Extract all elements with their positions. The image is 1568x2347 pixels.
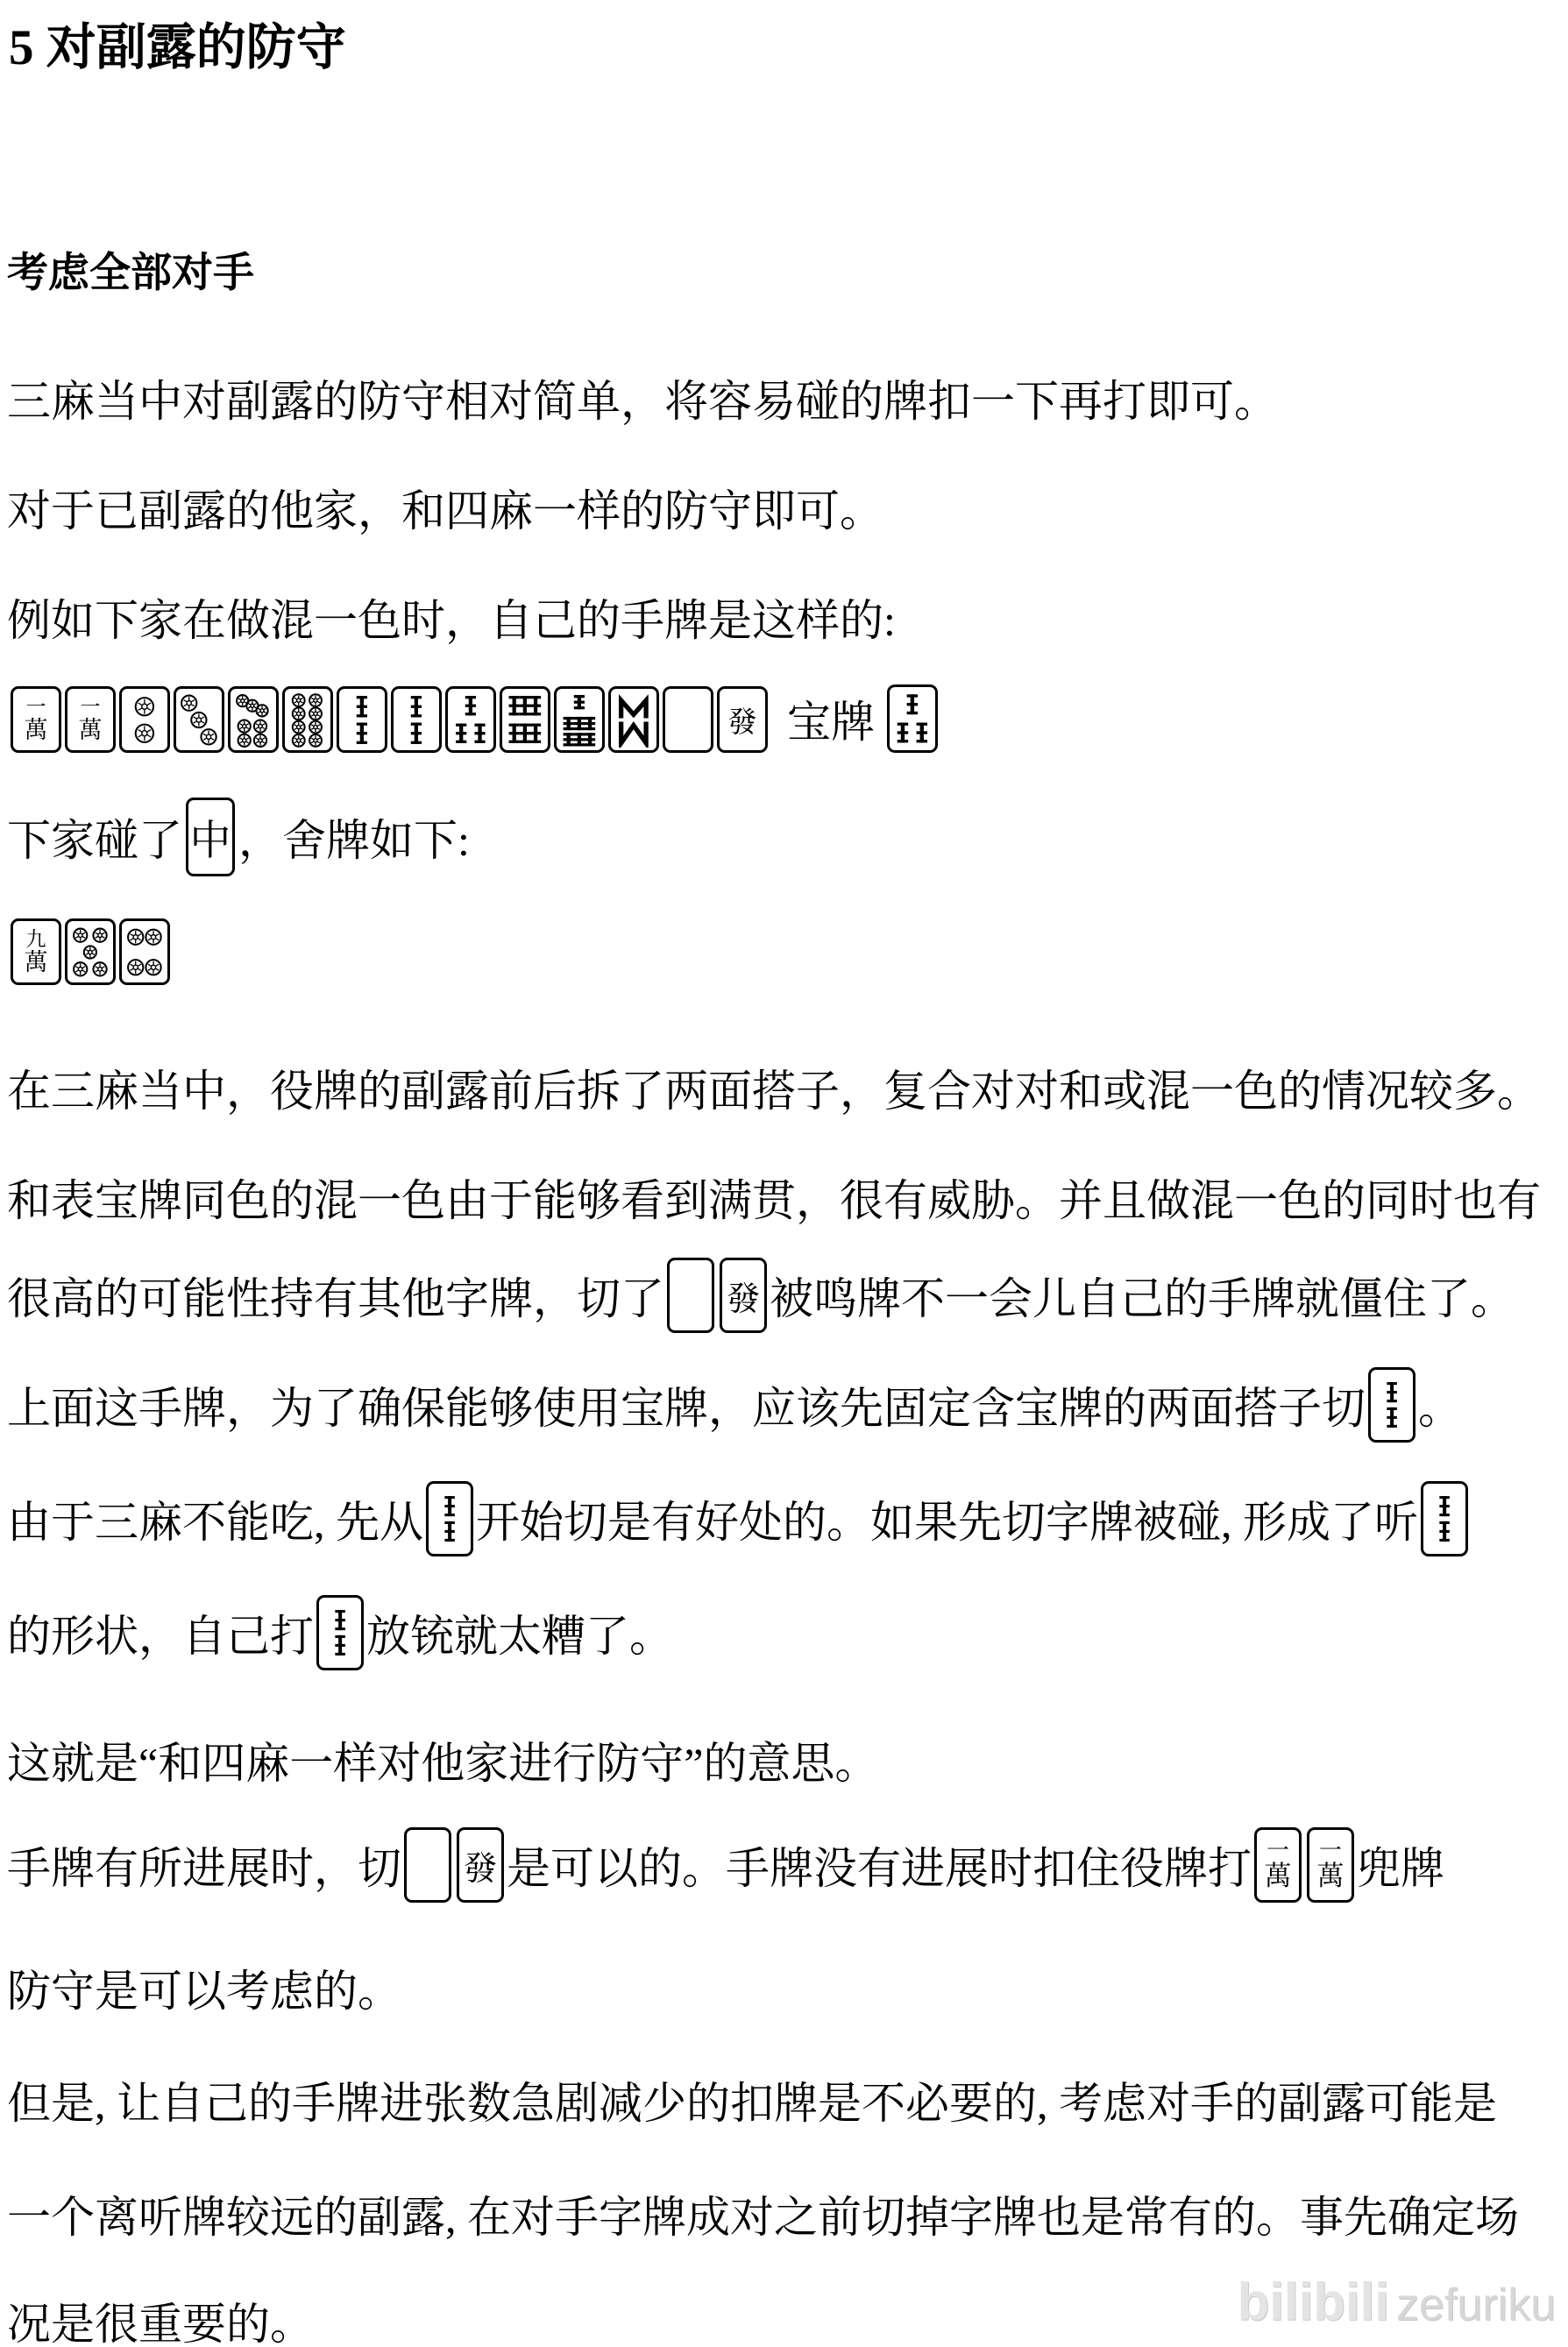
tile-2s-icon: [337, 686, 387, 753]
tile-8s-icon: [608, 686, 659, 753]
man-tile-face: 一萬: [1317, 1830, 1345, 1900]
tile-white-icon: [663, 686, 713, 753]
bilibili-logo: bilibili: [1238, 2272, 1389, 2332]
tile-2s-icon: [426, 1481, 473, 1556]
text-run: 在三麻当中，役牌的副露前后拆了两面搭子，复合对对和或混一色的情况较多。: [7, 1067, 1541, 1116]
paragraph-p13: 但是, 让自己的手牌进张数急剧减少的扣牌是不必要的, 考虑对手的副露可能是: [7, 2068, 1497, 2131]
text-run: ，舍牌如下:: [238, 805, 470, 869]
paragraph-p3: 例如下家在做混一色时，自己的手牌是这样的:: [7, 585, 896, 649]
page-title: 5 对副露的防守: [9, 7, 346, 79]
red-dragon-glyph: 中: [190, 808, 231, 867]
text-run: 况是很重要的。: [7, 2300, 314, 2347]
paragraph-p5: 和表宝牌同色的混一色由于能够看到满贯，很有威胁。并且做混一色的同时也有: [7, 1166, 1541, 1229]
green-dragon-glyph: 發: [727, 1272, 760, 1320]
paragraph-p15: 况是很重要的。: [7, 2289, 314, 2347]
tile-6s-icon: [500, 686, 550, 753]
tile-green-icon: 發: [717, 686, 768, 753]
paragraph-p2: 对于已副露的他家，和四麻一样的防守即可。: [7, 476, 883, 539]
text-run: 很高的可能性持有其他字牌，切了: [7, 1264, 664, 1327]
man-tile-face: 一萬: [79, 689, 103, 750]
tile-7s-icon: [554, 686, 605, 753]
tile-5p-icon: [65, 918, 116, 985]
paragraph-p10: 这就是“和四麻一样对他家进行防守”的意思。: [7, 1728, 878, 1791]
tile-8p-icon: [282, 686, 333, 753]
text-run: 由于三麻不能吃, 先从: [7, 1487, 423, 1550]
man-tile-face: 九萬: [25, 921, 48, 982]
paragraph-p6: 很高的可能性持有其他字牌，切了 發 被鸣牌不一会儿自己的手牌就僵住了。: [7, 1253, 1515, 1337]
tile-3s-icon: [887, 684, 938, 753]
tile-2s-icon: [391, 686, 442, 753]
paragraph-p12: 防守是可以考虑的。: [7, 1956, 401, 2019]
paragraph-p7: 上面这手牌，为了确保能够使用宝牌，应该先固定含宝牌的两面搭子切 。: [7, 1363, 1462, 1447]
pon-line: 下家碰了 中，舍牌如下:: [7, 795, 470, 879]
tile-white-icon: [667, 1258, 714, 1333]
man-tile-face: 一萬: [25, 689, 48, 750]
watermark: bilibili zefuriku: [1238, 2272, 1556, 2332]
text-run: 手牌有所进展时，切: [7, 1833, 401, 1897]
paragraph-p1: 三麻当中对副露的防守相对简单，将容易碰的牌扣一下再打即可。: [7, 366, 1278, 429]
tile-1m-icon: 一萬: [1254, 1827, 1302, 1903]
text-run: 是可以的。手牌没有进展时扣住役牌打: [507, 1833, 1252, 1897]
tile-2s-icon: [316, 1595, 364, 1670]
text-run: 上面这手牌，为了确保能够使用宝牌，应该先固定含宝牌的两面搭子切: [7, 1373, 1366, 1436]
paragraph-p8: 由于三麻不能吃, 先从 开始切是有好处的。如果先切字牌被碰, 形成了听: [7, 1477, 1471, 1561]
tile-9m-icon: 九萬: [11, 918, 61, 985]
section-heading: 考虑全部对手: [7, 240, 254, 299]
page: 5 对副露的防守 考虑全部对手 三麻当中对副露的防守相对简单，将容易碰的牌扣一下…: [0, 0, 1568, 2347]
paragraph-p9: 的形状，自己打 放铳就太糟了。: [7, 1591, 673, 1675]
text-run: 被鸣牌不一会儿自己的手牌就僵住了。: [770, 1264, 1515, 1327]
paragraph-p14: 一个离听牌较远的副露, 在对手字牌成对之前切掉字牌也是常有的。事先确定场: [7, 2182, 1519, 2245]
text-run: 的形状，自己打: [7, 1601, 314, 1664]
tile-green-icon: 發: [720, 1258, 767, 1333]
text-run: 这就是“和四麻一样对他家进行防守”的意思。: [7, 1739, 878, 1788]
paragraph-p4: 在三麻当中，役牌的副露前后拆了两面搭子，复合对对和或混一色的情况较多。: [7, 1056, 1541, 1119]
text-run: 下家碰了: [7, 805, 182, 869]
green-dragon-glyph: 發: [464, 1841, 497, 1890]
text-run: 对于已副露的他家，和四麻一样的防守即可。: [7, 486, 883, 535]
tile-white-icon: [404, 1827, 451, 1903]
tile-green-icon: 發: [457, 1827, 504, 1903]
hand-tiles-row: 一萬一萬發宝牌: [11, 684, 938, 753]
text-run: 三麻当中对副露的防守相对简单，将容易碰的牌扣一下再打即可。: [7, 377, 1278, 426]
text-run: 例如下家在做混一色时，自己的手牌是这样的:: [7, 596, 896, 645]
watermark-name: zefuriku: [1396, 2279, 1556, 2331]
dora-label: 宝牌: [787, 687, 875, 750]
tile-1m-icon: 一萬: [65, 686, 116, 753]
discard-tiles-row: 九萬: [11, 918, 174, 985]
tile-1m-icon: 一萬: [11, 686, 61, 753]
text-run: 开始切是有好处的。如果先切字牌被碰, 形成了听: [476, 1487, 1418, 1550]
tile-7p-icon: [228, 686, 279, 753]
tile-4p-icon: [119, 918, 170, 985]
text-run: 。: [1418, 1373, 1462, 1436]
tile-3s-icon: [445, 686, 496, 753]
tile-2p-icon: [119, 686, 170, 753]
text-run: 一个离听牌较远的副露, 在对手字牌成对之前切掉字牌也是常有的。事先确定场: [7, 2193, 1519, 2242]
tile-3p-icon: [174, 686, 224, 753]
green-dragon-glyph: 發: [728, 699, 757, 741]
tile-2s-icon: [1421, 1481, 1468, 1556]
text-run: 防守是可以考虑的。: [7, 1967, 401, 2016]
text-run: 和表宝牌同色的混一色由于能够看到满贯，很有威胁。并且做混一色的同时也有: [7, 1176, 1541, 1225]
text-run: 放铳就太糟了。: [366, 1601, 673, 1664]
text-run: 兜牌: [1357, 1833, 1444, 1897]
paragraph-p11: 手牌有所进展时，切 發 是可以的。手牌没有进展时扣住役牌打 一萬一萬 兜牌: [7, 1823, 1444, 1907]
man-tile-face: 一萬: [1265, 1830, 1292, 1900]
tile-red-icon: 中: [186, 798, 235, 876]
tile-2s-icon: [1368, 1367, 1415, 1443]
tile-1m-icon: 一萬: [1307, 1827, 1354, 1903]
text-run: 但是, 让自己的手牌进张数急剧减少的扣牌是不必要的, 考虑对手的副露可能是: [7, 2079, 1497, 2128]
